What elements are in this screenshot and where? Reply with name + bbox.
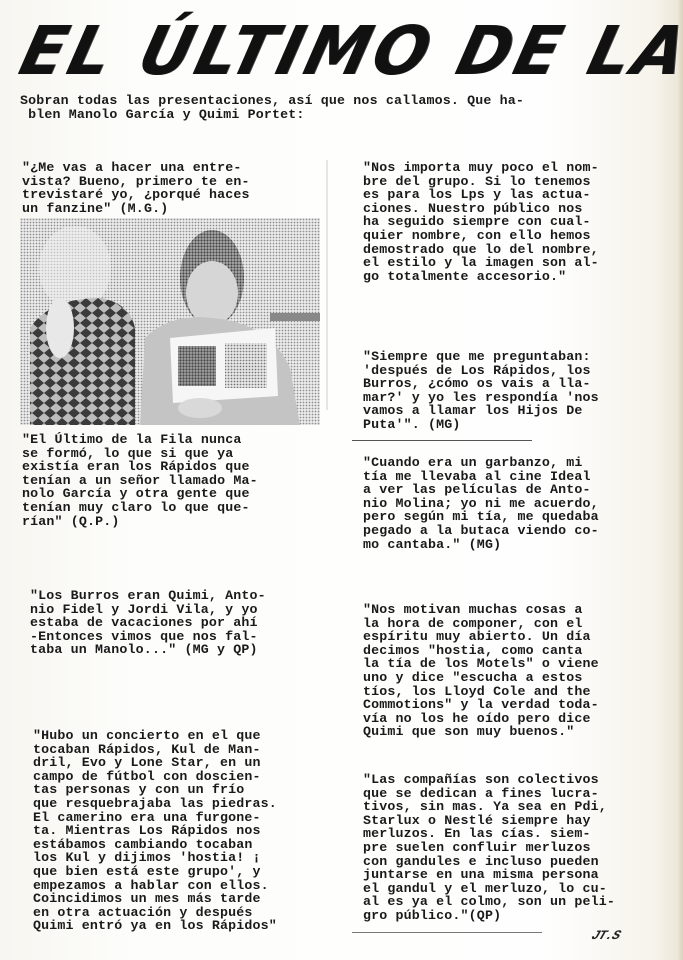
- quote-right-5: "Las compañías son colectivos que se ded…: [363, 773, 615, 923]
- paper-edge: [677, 0, 683, 960]
- zine-page: EL ÚLTIMO DE LA FILA Sobran todas las pr…: [0, 0, 683, 960]
- column-gutter-mark: [326, 160, 328, 410]
- quote-right-2: "Siempre que me preguntaban: 'después de…: [363, 350, 599, 432]
- signature: JT.S: [589, 928, 622, 943]
- band-photo: [20, 218, 320, 425]
- quote-left-2: "El Último de la Fila nunca se formó, lo…: [22, 433, 258, 528]
- bottom-rule: [352, 932, 542, 933]
- quote-left-4: "Hubo un concierto en el que tocaban Ráp…: [33, 729, 277, 933]
- quote-right-3: "Cuando era un garbanzo, mi tía me lleva…: [363, 456, 599, 551]
- divider-rule: [352, 440, 532, 441]
- quote-right-4: "Nos motivan muchas cosas a la hora de c…: [363, 603, 599, 739]
- halftone-photo-image: [20, 218, 320, 425]
- intro-text: Sobran todas las presentaciones, así que…: [20, 94, 524, 121]
- quote-right-1: "Nos importa muy poco el nom- bre del gr…: [363, 161, 599, 283]
- page-title: EL ÚLTIMO DE LA FILA: [12, 12, 632, 92]
- quote-left-3: "Los Burros eran Quimi, Anto- nio Fidel …: [30, 589, 266, 657]
- quote-left-1: "¿Me vas a hacer una entre- vista? Bueno…: [22, 161, 250, 215]
